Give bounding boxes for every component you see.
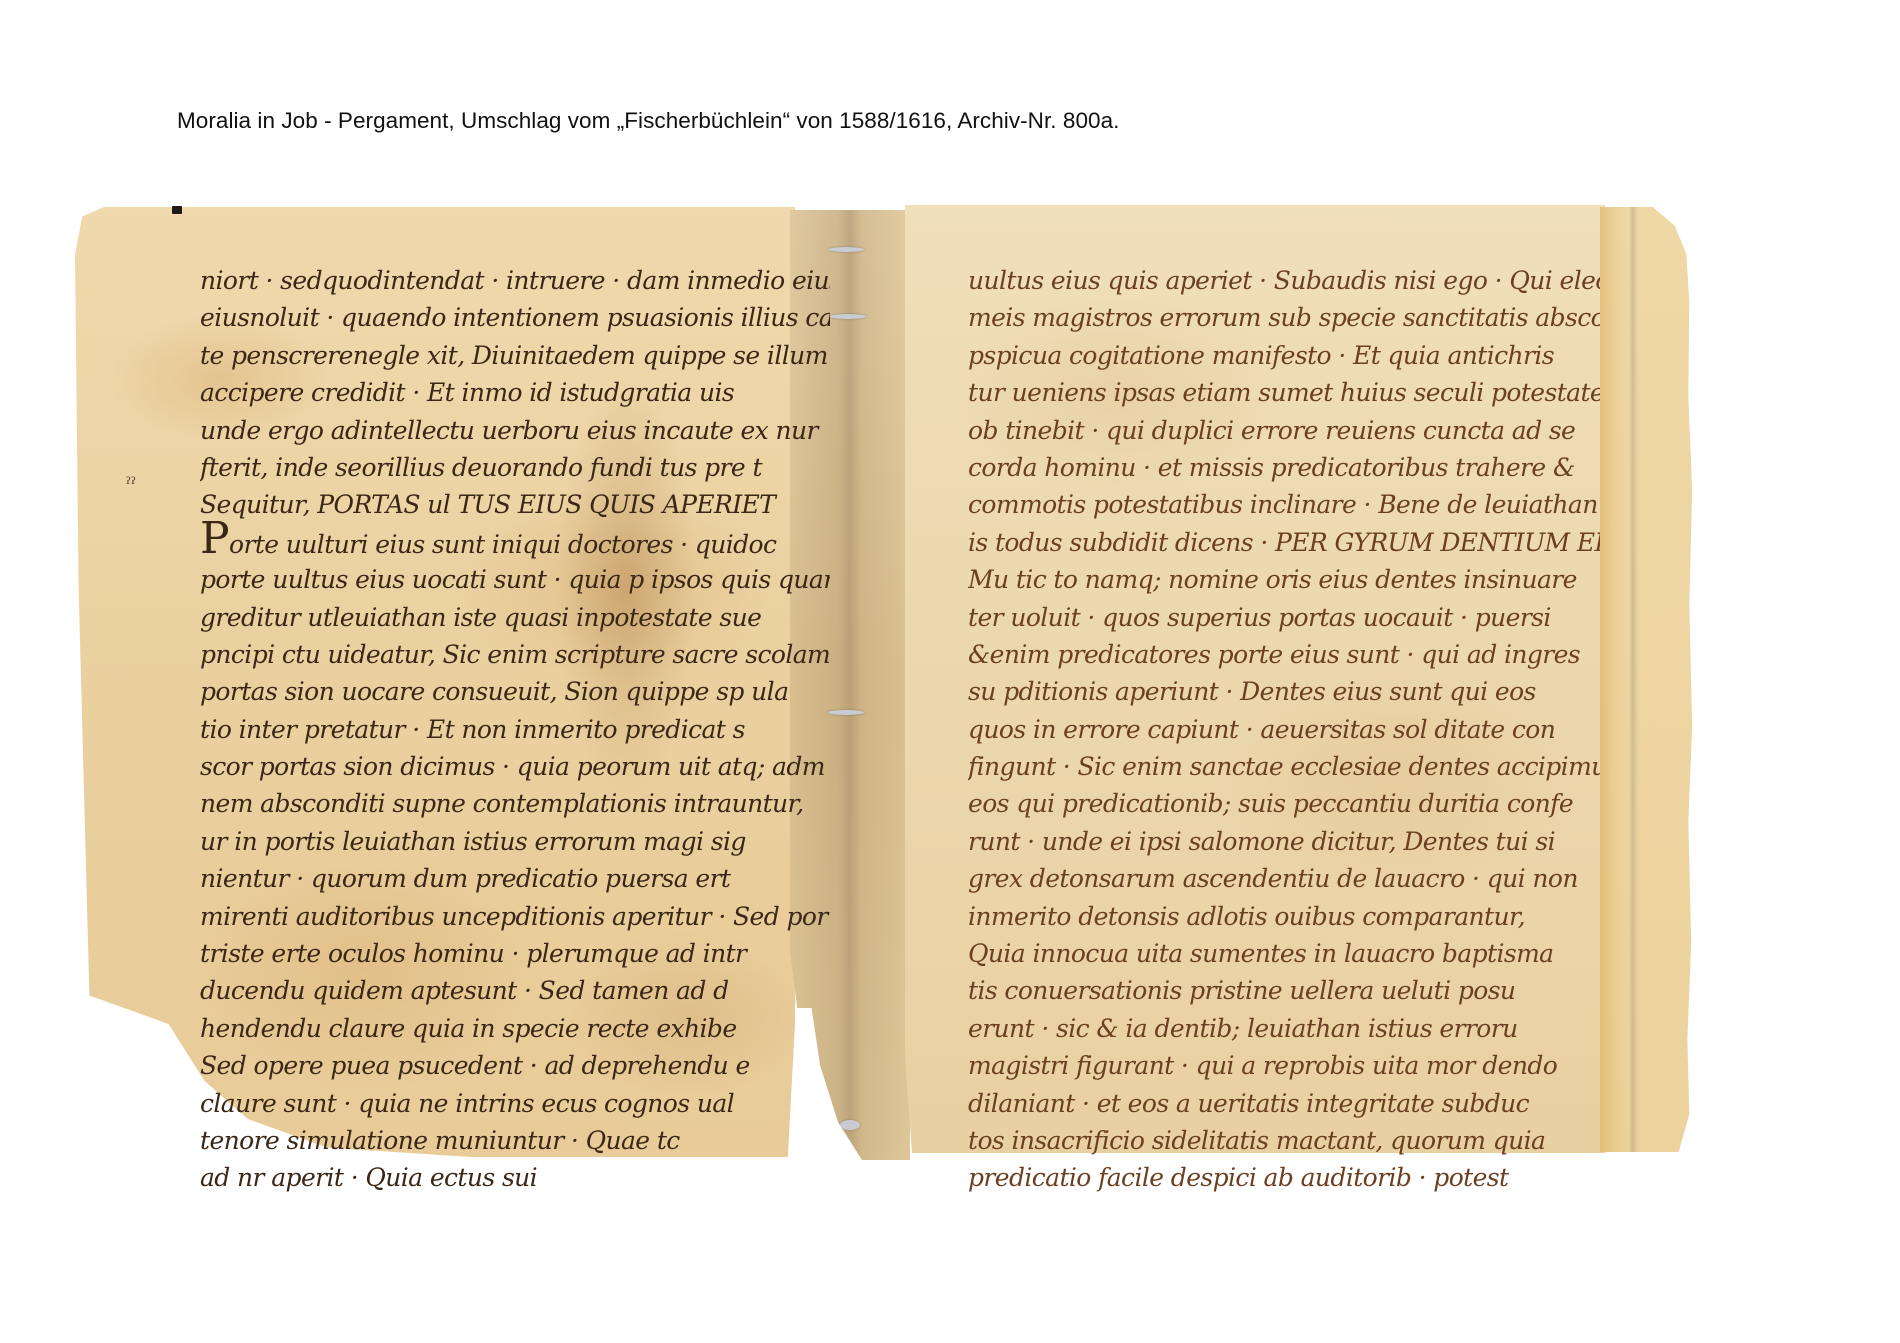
text-line: predicatio facile despici ab auditorib ·…	[968, 1159, 1600, 1196]
text-line: Mu tic to namq; nomine oris eius dentes …	[968, 561, 1600, 598]
stitch-hole	[828, 247, 864, 252]
initial-letter-p: P	[200, 513, 229, 564]
text-line-initial: Porte uulturi eius sunt iniqui doctores …	[200, 524, 830, 561]
manuscript-scan: ˀˀ niort · sedquodintendat · intruere · …	[0, 0, 1900, 1343]
text-line: eos qui predicationib; suis peccantiu du…	[968, 785, 1600, 822]
text-line: porte uultus eius uocati sunt · quia p i…	[200, 561, 830, 598]
text-line: mirenti auditoribus uncepditionis aperit…	[200, 898, 830, 935]
text-line: te penscrerenegle xit, Diuinitaedem quip…	[200, 337, 830, 374]
stitch-hole	[828, 710, 864, 715]
text-line: accipere credidit · Et inmo id istudgrat…	[200, 374, 830, 411]
stitch-hole	[830, 314, 866, 319]
text-line: quos in errore capiunt · aeuersitas sol …	[968, 711, 1600, 748]
text-line: meis magistros errorum sub specie sancti…	[968, 299, 1600, 336]
text-line: dilaniant · et eos a ueritatis integrita…	[968, 1085, 1600, 1122]
text-line: fterit, inde seorillius deuorando fundi …	[200, 449, 830, 486]
text-line: Quia innocua uita sumentes in lauacro ba…	[968, 935, 1600, 972]
text-line: &enim predicatores porte eius sunt · qui…	[968, 636, 1600, 673]
text-line: portas sion uocare consueuit, Sion quipp…	[200, 673, 830, 710]
text-line: fingunt · Sic enim sanctae ecclesiae den…	[968, 748, 1600, 785]
text-line: tur ueniens ipsas etiam sumet huius secu…	[968, 374, 1600, 411]
text-line: nientur · quorum dum predicatio puersa e…	[200, 860, 830, 897]
text-line: Sequitur, PORTAS ul TUS EIUS QUIS APERIE…	[200, 486, 830, 523]
text-line: ur in portis leuiathan istius errorum ma…	[200, 823, 830, 860]
text-line: commotis potestatibus inclinare · Bene d…	[968, 486, 1600, 523]
text-line: tio inter pretatur · Et non inmerito pre…	[200, 711, 830, 748]
marginal-note: ˀˀ	[126, 474, 136, 495]
text-line: niort · sedquodintendat · intruere · dam…	[200, 262, 830, 299]
text-line: grex detonsarum ascendentiu de lauacro ·…	[968, 860, 1600, 897]
text-line: Sed opere puea psucedent · ad deprehendu…	[200, 1047, 830, 1084]
text-line: uultus eius quis aperiet · Subaudis nisi…	[968, 262, 1600, 299]
text-line: tis conuersationis pristine uellera uelu…	[968, 972, 1600, 1009]
text-line: hendendu claure quia in specie recte exh…	[200, 1010, 830, 1047]
ink-mark	[172, 206, 182, 214]
left-text-column: niort · sedquodintendat · intruere · dam…	[200, 262, 830, 1197]
text-line: tenore simulatione muniuntur · Quae tc	[200, 1122, 830, 1159]
stitch-hole	[840, 1120, 860, 1130]
text-line: ter uoluit · quos superius portas uocaui…	[968, 599, 1600, 636]
text-line: pncipi ctu uideatur, Sic enim scripture …	[200, 636, 830, 673]
text-line: runt · unde ei ipsi salomone dicitur, De…	[968, 823, 1600, 860]
text-line: ducendu quidem aptesunt · Sed tamen ad d	[200, 972, 830, 1009]
text-line: nem absconditi supne contemplationis int…	[200, 785, 830, 822]
text-line: triste erte oculos hominu · plerumque ad…	[200, 935, 830, 972]
right-text-column: uultus eius quis aperiet · Subaudis nisi…	[968, 262, 1600, 1197]
text-line: inmerito detonsis adlotis ouibus compara…	[968, 898, 1600, 935]
text-line: is todus subdidit dicens · PER GYRUM DEN…	[968, 524, 1600, 561]
text-line: claure sunt · quia ne intrins ecus cogno…	[200, 1085, 830, 1122]
text-line: ad nr aperit · Quia ectus sui	[200, 1159, 830, 1196]
text-line: pspicua cogitatione manifesto · Et quia …	[968, 337, 1600, 374]
text-line: orte uulturi eius sunt iniqui doctores ·…	[229, 530, 776, 559]
text-line: greditur utleuiathan iste quasi inpotest…	[200, 599, 830, 636]
text-line: eiusnoluit · quaendo intentionem psuasio…	[200, 299, 830, 336]
text-line: corda hominu · et missis predicatoribus …	[968, 449, 1600, 486]
cover-flap	[1600, 207, 1696, 1152]
text-line: tos insacrificio sidelitatis mactant, qu…	[968, 1122, 1600, 1159]
text-line: scor portas sion dicimus · quia peorum u…	[200, 748, 830, 785]
text-line: unde ergo adintellectu uerboru eius inca…	[200, 412, 830, 449]
text-line: erunt · sic & ia dentib; leuiathan istiu…	[968, 1010, 1600, 1047]
text-line: ob tinebit · qui duplici errore reuiens …	[968, 412, 1600, 449]
text-line: su pditionis aperiunt · Dentes eius sunt…	[968, 673, 1600, 710]
text-line: magistri figurant · qui a reprobis uita …	[968, 1047, 1600, 1084]
